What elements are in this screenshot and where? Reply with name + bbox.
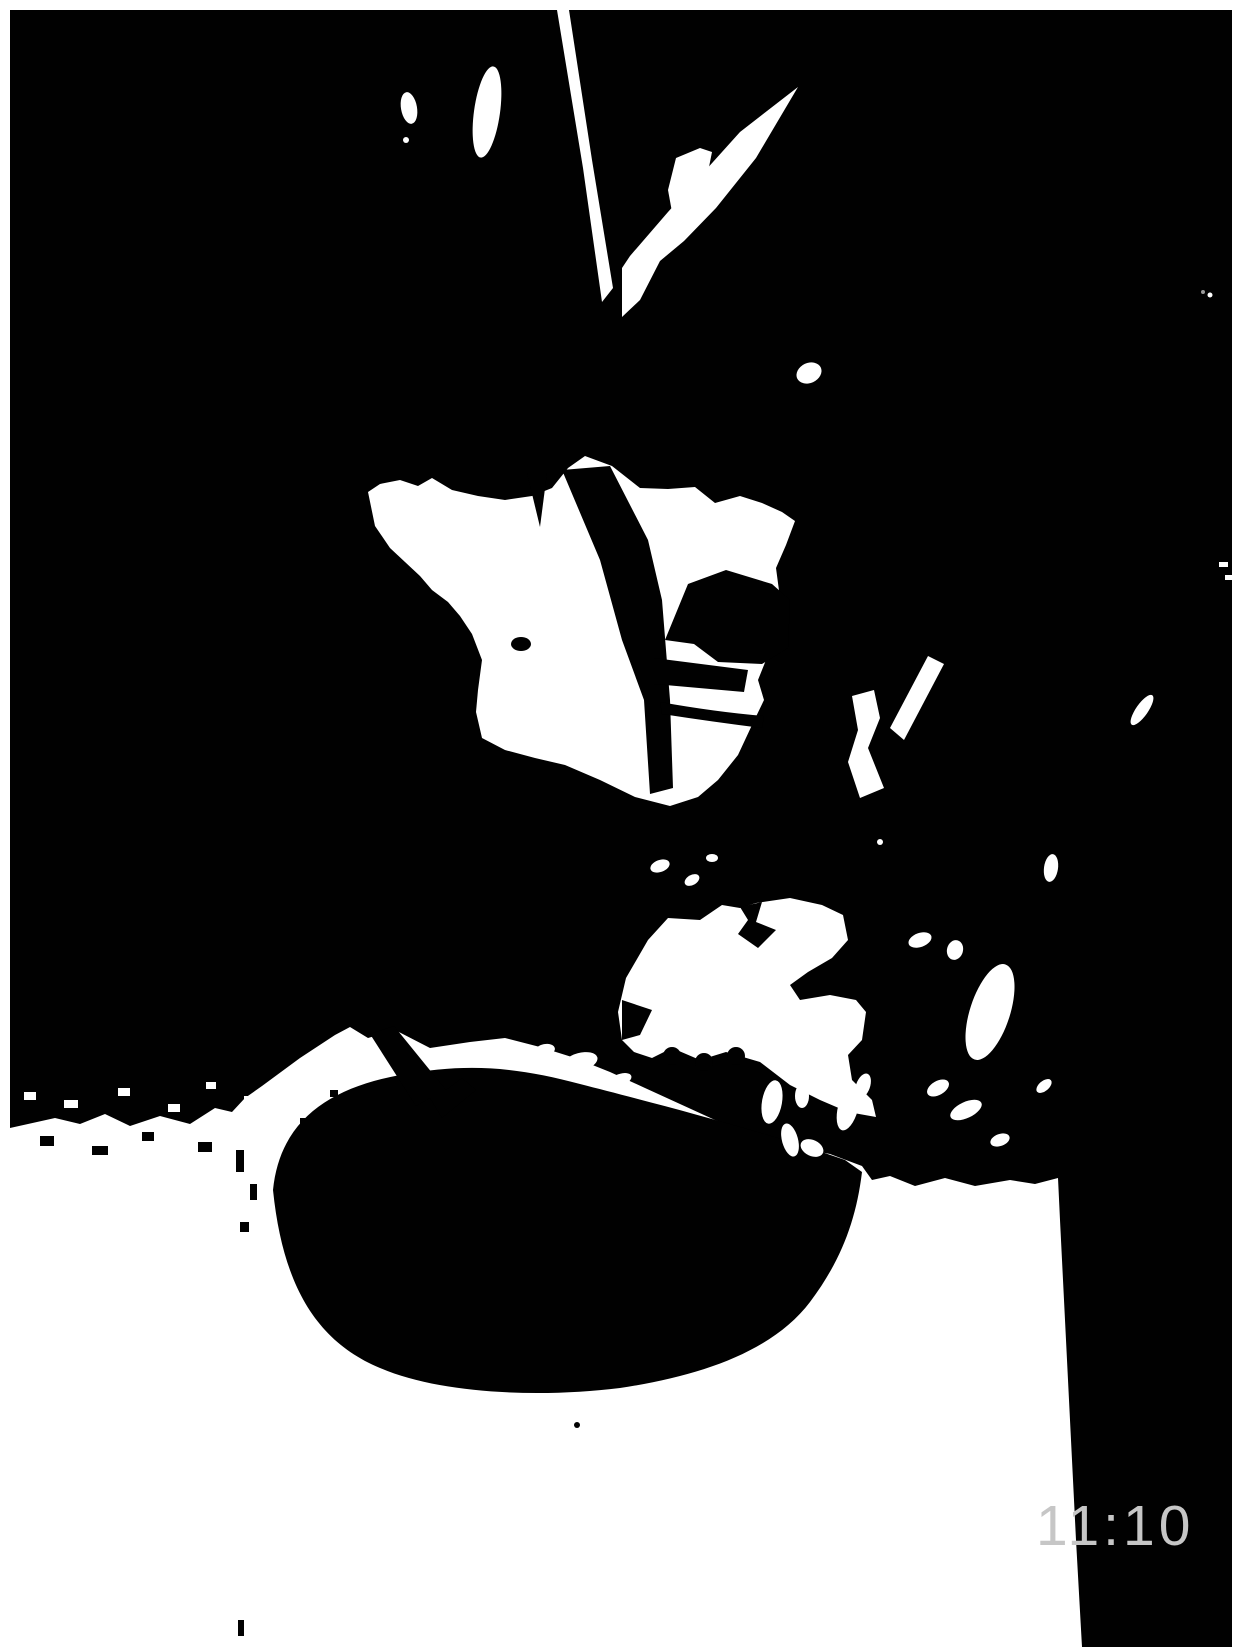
highlight-dot bbox=[403, 137, 409, 143]
frame-border-chip bbox=[1219, 562, 1228, 567]
binarized-photo: 11:10 bbox=[0, 0, 1240, 1647]
speck-white bbox=[64, 1100, 78, 1108]
highlight-dot bbox=[877, 839, 883, 845]
speck-white bbox=[252, 1128, 257, 1142]
frame-border-right bbox=[1232, 0, 1240, 560]
timestamp-overlay: 11:10 bbox=[1036, 1494, 1194, 1558]
frame-border-left bbox=[0, 0, 10, 1647]
speck-black bbox=[300, 1118, 310, 1126]
speck-black bbox=[240, 1222, 249, 1232]
bottom-tick bbox=[238, 1620, 244, 1636]
speck-black bbox=[40, 1136, 54, 1146]
speck-white bbox=[244, 1096, 250, 1116]
frame-border-chip bbox=[1225, 575, 1232, 580]
speck-black bbox=[236, 1150, 244, 1172]
speck-black bbox=[142, 1132, 154, 1141]
photo-viewer: 11:10 bbox=[0, 0, 1240, 1647]
speck-white bbox=[206, 1082, 216, 1089]
speck-black bbox=[198, 1142, 212, 1152]
speck-white bbox=[118, 1088, 130, 1096]
speck-dot bbox=[574, 1422, 580, 1428]
leaf-glint bbox=[795, 1084, 809, 1108]
highlight-dot bbox=[1208, 293, 1213, 298]
speck-black bbox=[92, 1146, 108, 1155]
speck-black bbox=[250, 1184, 257, 1200]
leaf-glint bbox=[706, 854, 718, 862]
leaf-scallop bbox=[727, 1047, 745, 1065]
frame-border-top bbox=[0, 0, 1240, 10]
leaf-scallop bbox=[695, 1053, 713, 1071]
speck-black bbox=[330, 1090, 338, 1097]
jar-spot bbox=[511, 637, 531, 651]
faint-speck bbox=[1201, 290, 1205, 294]
speck-white bbox=[168, 1104, 180, 1112]
leaf-scallop bbox=[663, 1047, 681, 1065]
speck-white bbox=[24, 1092, 36, 1100]
